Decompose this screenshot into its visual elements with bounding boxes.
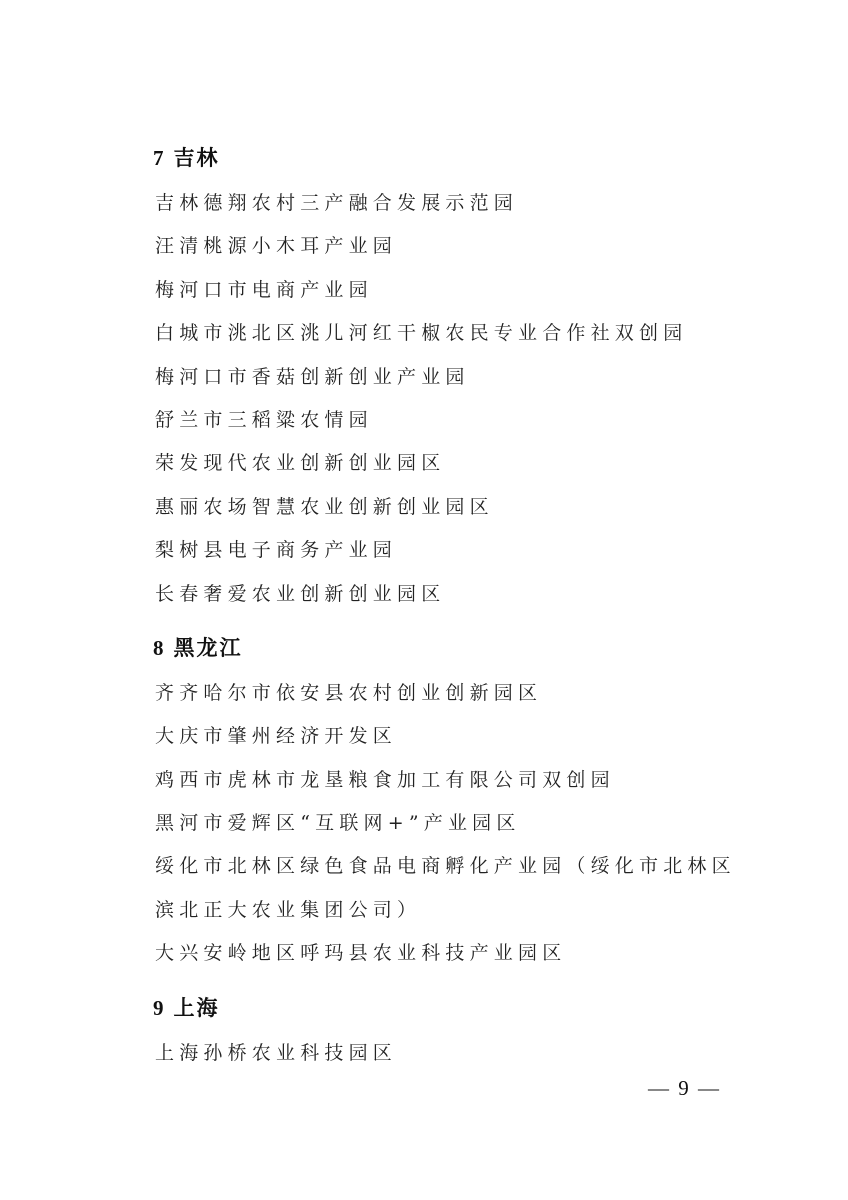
list-item: 汪清桃源小木耳产业园: [155, 225, 755, 268]
section-heilongjiang: 8黑龙江 齐齐哈尔市依安县农村创业创新园区 大庆市肇州经济开发区 鸡西市虎林市龙…: [155, 630, 755, 976]
list-item: 梨树县电子商务产业园: [155, 529, 755, 572]
section-heading: 8黑龙江: [153, 630, 755, 666]
list-item: 大庆市肇州经济开发区: [155, 715, 755, 758]
list-item: 吉林德翔农村三产融合发展示范园: [155, 182, 755, 225]
list-item: 梅河口市香菇创新创业产业园: [155, 356, 755, 399]
list-item: 荣发现代农业创新创业园区: [155, 442, 755, 485]
list-item: 大兴安岭地区呼玛县农业科技产业园区: [155, 932, 755, 975]
section-number: 9: [153, 996, 166, 1020]
list-item: 惠丽农场智慧农业创新创业园区: [155, 486, 755, 529]
document-page: 7吉林 吉林德翔农村三产融合发展示范园 汪清桃源小木耳产业园 梅河口市电商产业园…: [155, 140, 755, 1075]
section-title-text: 吉林: [174, 145, 220, 170]
section-title-text: 上海: [174, 995, 220, 1020]
section-gap: [155, 976, 755, 990]
list-item: 齐齐哈尔市依安县农村创业创新园区: [155, 672, 755, 715]
list-item: 梅河口市电商产业园: [155, 269, 755, 312]
list-item: 绥化市北林区绿色食品电商孵化产业园（绥化市北林区滨北正大农业集团公司）: [155, 845, 755, 932]
section-jilin: 7吉林 吉林德翔农村三产融合发展示范园 汪清桃源小木耳产业园 梅河口市电商产业园…: [155, 140, 755, 616]
list-item: 舒兰市三稻粱农情园: [155, 399, 755, 442]
section-gap: [155, 616, 755, 630]
page-number: — 9 —: [648, 1076, 721, 1101]
section-heading: 9上海: [153, 990, 755, 1026]
section-heading: 7吉林: [153, 140, 755, 176]
section-number: 7: [153, 146, 166, 170]
section-title-text: 黑龙江: [174, 635, 243, 660]
list-item: 黑河市爱辉区“互联网+”产业园区: [155, 802, 755, 845]
section-shanghai: 9上海 上海孙桥农业科技园区: [155, 990, 755, 1075]
list-item: 白城市洮北区洮儿河红干椒农民专业合作社双创园: [155, 312, 755, 355]
section-number: 8: [153, 636, 166, 660]
list-item: 长春奢爱农业创新创业园区: [155, 573, 755, 616]
list-item: 鸡西市虎林市龙垦粮食加工有限公司双创园: [155, 759, 755, 802]
list-item: 上海孙桥农业科技园区: [155, 1032, 755, 1075]
